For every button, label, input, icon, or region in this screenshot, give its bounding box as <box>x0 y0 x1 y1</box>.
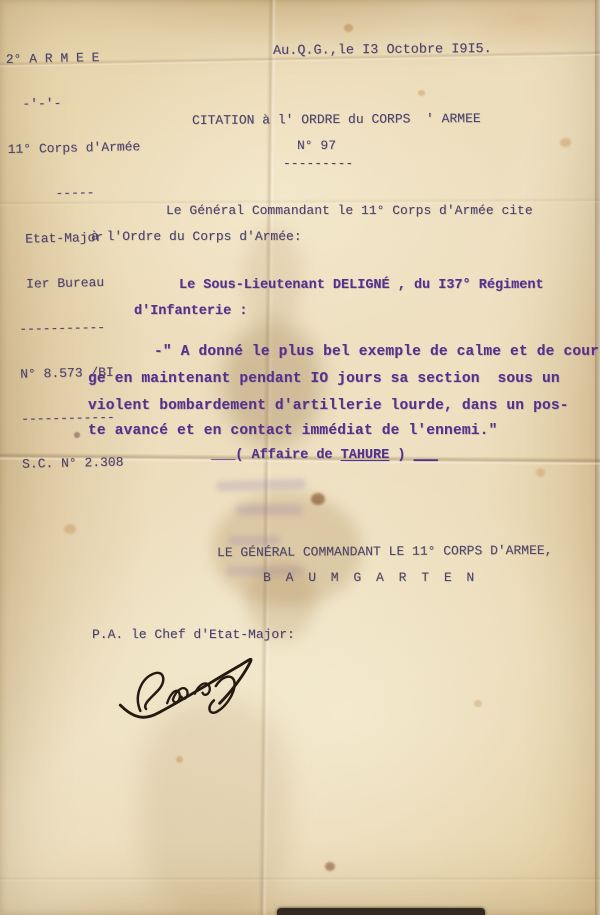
stain-spot <box>311 493 325 505</box>
handwritten-signature <box>112 644 270 730</box>
citation-body-line-2: ge en maintenant pendant IO jours sa sec… <box>88 371 560 387</box>
ghost-stamp-mark <box>236 505 302 515</box>
sc-number-line: S.C. N° 2.308 <box>14 454 147 472</box>
fold-marks-line: -'-'- <box>7 94 140 112</box>
citation-title: CITATION à l' ORDRE du CORPS ' ARMEE <box>192 111 481 128</box>
affair-prefix: ___( Affaire de <box>211 448 341 463</box>
divider-line: ----------- <box>11 319 144 337</box>
stain-spot <box>536 468 545 477</box>
stain-spot <box>325 862 335 871</box>
affair-suffix: ) <box>389 448 413 463</box>
intro-line-2: à l'Ordre du Corps d'Armée: <box>91 229 302 244</box>
citation-body-line-4: te avancé et en contact immédiat de l'en… <box>88 423 497 439</box>
citation-body-line-3: violent bombardement d'artillerie lourde… <box>88 398 569 414</box>
table-edge-at-bottom <box>277 908 485 915</box>
stain-spot <box>418 90 425 96</box>
corps-line: 11° Corps d'Armée <box>8 139 141 157</box>
divider-line: ----- <box>8 184 141 202</box>
army-line: 2° A R M E E <box>6 49 139 67</box>
discoloration-band <box>140 700 290 915</box>
citation-body-line-1: -" A donné le plus bel exemple de calme … <box>154 344 600 360</box>
document-page: 2° A R M E E -'-'- 11° Corps d'Armée ---… <box>0 0 600 915</box>
affair-trail: ___ <box>414 448 438 463</box>
bureau-line: Ier Bureau <box>10 274 143 292</box>
signer-name-line: B A U M G A R T E N <box>263 570 478 585</box>
dateline: Au.Q.G.,le I3 Octobre I9I5. <box>273 42 492 59</box>
stain-spot <box>344 24 353 32</box>
citation-number: N° 97 <box>297 138 336 153</box>
pa-chef-etat-major-line: P.A. le Chef d'Etat-Major: <box>92 627 295 642</box>
signer-title-line: LE GÉNÉRAL COMMANDANT LE 11° CORPS D'ARM… <box>217 543 553 560</box>
ghost-stamp-mark <box>228 536 280 545</box>
intro-line-1: Le Général Commandant le 11° Corps d'Arm… <box>166 203 533 218</box>
affair-line: ___( Affaire de TAHURE ) ___ <box>211 448 438 463</box>
subject-line-2: d'Infanterie : <box>134 304 247 319</box>
stain-spot <box>474 700 482 707</box>
affair-place: TAHURE <box>341 448 390 463</box>
horizontal-crease-bottom <box>0 876 600 882</box>
subject-line-1: Le Sous-Lieutenant DELIGNÉ , du I37° Rég… <box>179 278 544 293</box>
stain-spot <box>64 524 76 534</box>
title-divider: --------- <box>283 156 353 171</box>
stain-spot <box>560 138 571 147</box>
